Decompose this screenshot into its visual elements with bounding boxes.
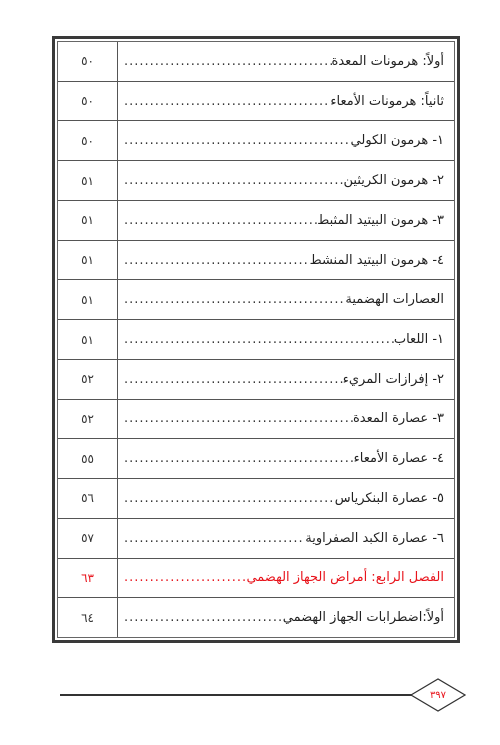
- entry-title: ١- هرمون الكولي: [351, 133, 444, 148]
- entry-title: ٣- هرمون البيتيد المثبط: [317, 213, 444, 228]
- page-number-cell: ٥١: [58, 241, 118, 280]
- chapter-title: الفصل الرابع: أمراض الجهاز الهضمي: [246, 570, 444, 585]
- page-number-cell: ٥٠: [58, 121, 118, 160]
- page-number-cell: ٥١: [58, 161, 118, 200]
- toc-row: ٥٥ ٤- عصارة الأمعاء ....................…: [58, 439, 454, 479]
- entry-title-cell: ٤- هرمون البيتيد المنشط ................…: [118, 241, 454, 280]
- entry-title: ثانياً: هرمونات الأمعاء: [330, 94, 444, 109]
- page-number-cell: ٥١: [58, 280, 118, 319]
- entry-title: أولاً:اضطرابات الجهاز الهضمي: [283, 610, 444, 625]
- dot-leader: ........................................…: [124, 332, 394, 347]
- dot-leader: ........................................…: [124, 54, 332, 69]
- dot-leader: ........................................…: [124, 451, 354, 466]
- toc-inner-frame: ٥٠ أولاً: هرمونات المعدة ...............…: [57, 41, 455, 638]
- page-number-cell: ٦٣: [58, 559, 118, 598]
- entry-title-cell: ٣- عصارة المعدة ........................…: [118, 400, 454, 439]
- table-of-contents: ٥٠ أولاً: هرمونات المعدة ...............…: [52, 36, 460, 643]
- entry-title-cell: ثانياً: هرمونات الأمعاء ................…: [118, 82, 454, 121]
- dot-leader: ........................................…: [124, 133, 351, 148]
- page-number-cell: ٥٠: [58, 42, 118, 81]
- entry-title: أولاً: هرمونات المعدة: [332, 54, 444, 69]
- page-number-cell: ٥٠: [58, 82, 118, 121]
- toc-row: ٥٢ ٣- عصارة المعدة .....................…: [58, 400, 454, 440]
- page-number-cell: ٥١: [58, 201, 118, 240]
- dot-leader: ........................................…: [124, 173, 344, 188]
- toc-row: ٥١ ٣- هرمون البيتيد المثبط .............…: [58, 201, 454, 241]
- entry-title: ٥- عصارة البنكرياس: [335, 491, 444, 506]
- toc-row: ٦٤ أولاً:اضطرابات الجهاز الهضمي ........…: [58, 598, 454, 637]
- entry-title-cell: الفصل الرابع: أمراض الجهاز الهضمي ......…: [118, 559, 454, 598]
- page-number: ٣٩٧: [410, 678, 466, 712]
- entry-title-cell: ١- هرمون الكولي ........................…: [118, 121, 454, 160]
- entry-title-cell: ٦- عصارة الكبد الصفراوية ...............…: [118, 519, 454, 558]
- page-number-cell: ٥٥: [58, 439, 118, 478]
- toc-row: ٥١ العصارات الهضمية ....................…: [58, 280, 454, 320]
- page-number-cell: ٦٤: [58, 598, 118, 637]
- dot-leader: ........................................…: [124, 491, 335, 506]
- entry-title-cell: ١- اللعاب ..............................…: [118, 320, 454, 359]
- page-number-badge: ٣٩٧: [410, 678, 466, 712]
- toc-row: ٥٠ ١- هرمون الكولي .....................…: [58, 121, 454, 161]
- toc-row: ٥٧ ٦- عصارة الكبد الصفراوية ............…: [58, 519, 454, 559]
- entry-title: ٢- إفرازات المريء: [343, 372, 444, 387]
- toc-row: ٥٠ ثانياً: هرمونات الأمعاء .............…: [58, 82, 454, 122]
- toc-row: ٥٢ ٢- إفرازات المريء ...................…: [58, 360, 454, 400]
- toc-row: ٥١ ١- اللعاب ...........................…: [58, 320, 454, 360]
- toc-row: ٥١ ٤- هرمون البيتيد المنشط .............…: [58, 241, 454, 281]
- entry-title: ٤- عصارة الأمعاء: [354, 451, 444, 466]
- dot-leader: ........................................…: [124, 372, 343, 387]
- dot-leader: ........................................…: [124, 570, 246, 585]
- page-number-cell: ٥٢: [58, 400, 118, 439]
- page-number-cell: ٥١: [58, 320, 118, 359]
- entry-title: ٤- هرمون البيتيد المنشط: [310, 253, 444, 268]
- entry-title: ٣- عصارة المعدة: [353, 411, 444, 426]
- entry-title: ٦- عصارة الكبد الصفراوية: [305, 531, 444, 546]
- dot-leader: ........................................…: [124, 94, 330, 109]
- toc-row: ٥٦ ٥- عصارة البنكرياس ..................…: [58, 479, 454, 519]
- entry-title-cell: ٢- هرمون الكريثين ......................…: [118, 161, 454, 200]
- footer-rule: [60, 694, 412, 696]
- entry-title-cell: ٢- إفرازات المريء ......................…: [118, 360, 454, 399]
- dot-leader: ........................................…: [124, 213, 317, 228]
- entry-title: العصارات الهضمية: [345, 292, 444, 307]
- dot-leader: ........................................…: [124, 411, 353, 426]
- dot-leader: ........................................…: [124, 610, 283, 625]
- page-number-cell: ٥٧: [58, 519, 118, 558]
- dot-leader: ........................................…: [124, 531, 305, 546]
- toc-row: ٥٠ أولاً: هرمونات المعدة ...............…: [58, 42, 454, 82]
- page-number-cell: ٥٦: [58, 479, 118, 518]
- toc-row: ٥١ ٢- هرمون الكريثين ...................…: [58, 161, 454, 201]
- dot-leader: ........................................…: [124, 292, 345, 307]
- entry-title: ٢- هرمون الكريثين: [344, 173, 444, 188]
- entry-title: ١- اللعاب: [394, 332, 444, 347]
- dot-leader: ........................................…: [124, 253, 310, 268]
- toc-row-chapter-heading: ٦٣ الفصل الرابع: أمراض الجهاز الهضمي ...…: [58, 559, 454, 599]
- entry-title-cell: ٣- هرمون البيتيد المثبط ................…: [118, 201, 454, 240]
- entry-title-cell: العصارات الهضمية .......................…: [118, 280, 454, 319]
- entry-title-cell: ٥- عصارة البنكرياس .....................…: [118, 479, 454, 518]
- entry-title-cell: ٤- عصارة الأمعاء .......................…: [118, 439, 454, 478]
- page-number-cell: ٥٢: [58, 360, 118, 399]
- entry-title-cell: أولاً: هرمونات المعدة ..................…: [118, 42, 454, 81]
- entry-title-cell: أولاً:اضطرابات الجهاز الهضمي ...........…: [118, 598, 454, 637]
